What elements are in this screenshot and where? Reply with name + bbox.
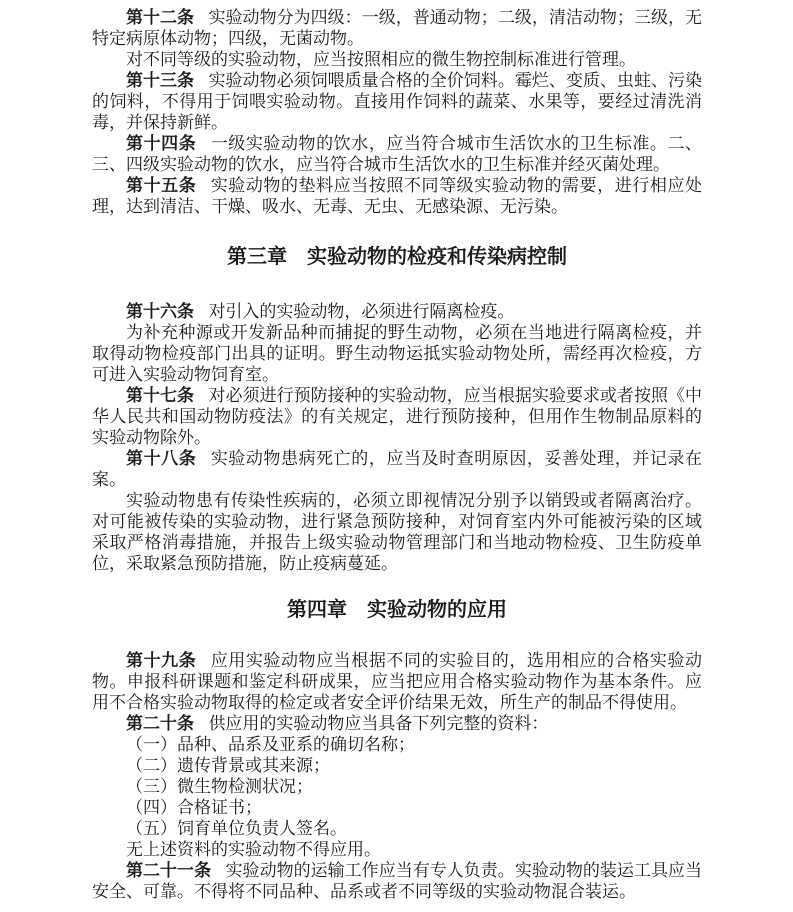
article-12-para-2: 对不同等级的实验动物，应当按照相应的微生物控制标准进行管理。 (92, 50, 702, 71)
article-19-number: 第十九条 (126, 651, 196, 671)
article-14-para: 第十四条一级实验动物的饮水，应当符合城市生活饮水的卫生标准。二、三、四级实验动物… (92, 134, 702, 176)
article-20-text-2: 无上述资料的实验动物不得应用。 (126, 840, 381, 860)
article-20-item-1: （一）品种、品系及亚系的确切名称； (92, 735, 702, 756)
article-18-para-2: 实验动物患有传染性疾病的，必须立即视情况分别予以销毁或者隔离治疗。对可能被传染的… (92, 491, 702, 575)
article-12-number: 第十二条 (126, 8, 194, 28)
article-16-text: 对引入的实验动物，必须进行隔离检疫。 (208, 302, 514, 322)
article-20-item-3-text: （三）微生物检测状况； (126, 777, 313, 797)
article-15-number: 第十五条 (126, 176, 196, 196)
chapter-3-heading: 第三章 实验动物的检疫和传染病控制 (92, 242, 702, 270)
article-18-para: 第十八条实验动物患病死亡的，应当及时查明原因，妥善处理，并记录在案。 (92, 449, 702, 491)
article-17-number: 第十七条 (126, 386, 194, 406)
article-12-para: 第十二条实验动物分为四级：一级，普通动物；二级，清洁动物；三级，无特定病原体动物… (92, 8, 702, 50)
article-21-number: 第二十一条 (126, 861, 211, 881)
article-20-para: 第二十条供应用的实验动物应当具备下列完整的资料： (92, 714, 702, 735)
article-16-para-2: 为补充种源或开发新品种而捕捉的野生动物，必须在当地进行隔离检疫，并取得动物检疫部… (92, 323, 702, 386)
article-20-item-1-text: （一）品种、品系及亚系的确切名称； (126, 735, 415, 755)
article-20-para-2: 无上述资料的实验动物不得应用。 (92, 840, 702, 861)
article-18-number: 第十八条 (126, 449, 196, 469)
article-18-text-2: 实验动物患有传染性疾病的，必须立即视情况分别予以销毁或者隔离治疗。对可能被传染的… (92, 491, 702, 574)
article-14-number: 第十四条 (126, 134, 196, 154)
article-20-item-4-text: （四）合格证书； (126, 798, 262, 818)
article-16-text-2: 为补充种源或开发新品种而捕捉的野生动物，必须在当地进行隔离检疫，并取得动物检疫部… (92, 323, 702, 385)
article-17-para: 第十七条对必须进行预防接种的实验动物，应当根据实验要求或者按照《中华人民共和国动… (92, 386, 702, 449)
chapter-4-heading: 第四章 实验动物的应用 (92, 595, 702, 623)
article-21-para: 第二十一条实验动物的运输工作应当有专人负责。实验动物的装运工具应当安全、可靠。不… (92, 861, 702, 903)
article-20-item-3: （三）微生物检测状况； (92, 777, 702, 798)
article-15-para: 第十五条实验动物的垫料应当按照不同等级实验动物的需要，进行相应处理，达到清洁、干… (92, 176, 702, 218)
article-12-text-2: 对不同等级的实验动物，应当按照相应的微生物控制标准进行管理。 (126, 50, 636, 70)
article-20-item-4: （四）合格证书； (92, 798, 702, 819)
article-20-item-2: （二）遗传背景或其来源； (92, 756, 702, 777)
article-20-text: 供应用的实验动物应当具备下列完整的资料： (208, 714, 548, 734)
article-16-para: 第十六条对引入的实验动物，必须进行隔离检疫。 (92, 302, 702, 323)
article-20-number: 第二十条 (126, 714, 194, 734)
article-13-number: 第十三条 (126, 71, 194, 91)
text-column: 第十二条实验动物分为四级：一级，普通动物；二级，清洁动物；三级，无特定病原体动物… (92, 8, 702, 903)
article-20-item-5: （五）饲育单位负责人签名。 (92, 819, 702, 840)
article-20-item-5-text: （五）饲育单位负责人签名。 (126, 819, 347, 839)
article-16-number: 第十六条 (126, 302, 194, 322)
article-13-para: 第十三条实验动物必须饲喂质量合格的全价饲料。霉烂、变质、虫蛀、污染的饲料，不得用… (92, 71, 702, 134)
article-20-item-2-text: （二）遗传背景或其来源； (126, 756, 330, 776)
document-page: 第十二条实验动物分为四级：一级，普通动物；二级，清洁动物；三级，无特定病原体动物… (0, 0, 793, 912)
article-19-para: 第十九条应用实验动物应当根据不同的实验目的，选用相应的合格实验动物。申报科研课题… (92, 651, 702, 714)
